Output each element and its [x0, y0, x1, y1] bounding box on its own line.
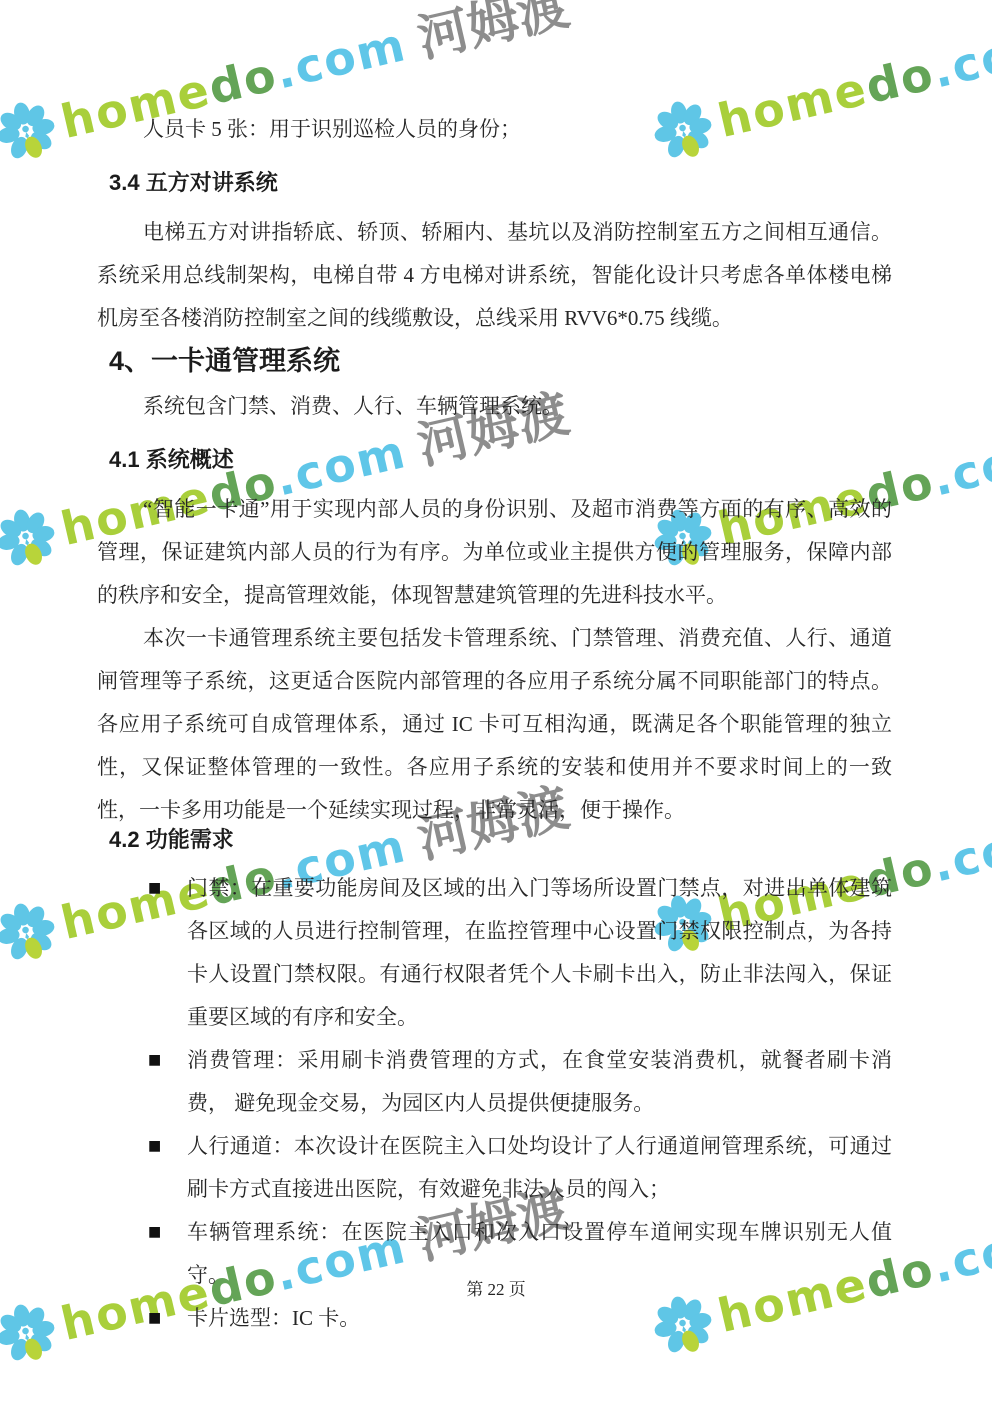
square-bullet-icon: ■	[148, 1297, 187, 1340]
document-page: homedo.com 河姆渡 homedo.com 河姆渡 homedo.com…	[0, 0, 992, 1403]
list-item: ■ 门禁：在重要功能房间及区域的出入门等场所设置门禁点，对进出单体建筑各区域的人…	[148, 867, 892, 1039]
watermark-do-text: do	[204, 47, 283, 115]
square-bullet-icon: ■	[148, 1125, 187, 1168]
bullet-text: 门禁：在重要功能房间及区域的出入门等场所设置门禁点，对进出单体建筑各区域的人员进…	[187, 867, 892, 1039]
list-item: ■ 卡片选型：IC 卡。	[148, 1297, 892, 1340]
homedo-flower-icon	[0, 895, 61, 968]
chapter-4-intro: 系统包含门禁、消费、人行、车辆管理系统。	[97, 385, 892, 428]
watermark-com-text: .com	[927, 810, 992, 892]
watermark-com-text: .com	[927, 424, 992, 506]
square-bullet-icon: ■	[148, 867, 187, 910]
homedo-flower-icon	[0, 94, 61, 167]
section-heading-4-1: 4.1 系统概述	[109, 444, 892, 476]
bullet-text: 消费管理：采用刷卡消费管理的方式，在食堂安装消费机，就餐者刷卡消费， 避免现金交…	[187, 1039, 892, 1125]
page-number: 第 22 页	[0, 1278, 992, 1302]
square-bullet-icon: ■	[148, 1039, 187, 1082]
section-heading-3-4: 3.4 五方对讲系统	[109, 167, 892, 199]
chapter-heading-4: 4、一卡通管理系统	[109, 342, 892, 380]
bullet-text: 人行通道：本次设计在医院主入口处均设计了人行通道闸管理系统，可通过刷卡方式直接进…	[187, 1125, 892, 1211]
homedo-flower-icon	[0, 1296, 61, 1369]
intro-line: 人员卡 5 张：用于识别巡检人员的身份；	[97, 108, 892, 151]
section-4-1-paragraph-1: “智能一卡通”用于实现内部人员的身份识别、及超市消费等方面的有序、高效的管理，保…	[97, 488, 892, 617]
section-3-4-paragraph: 电梯五方对讲指轿底、轿顶、轿厢内、基坑以及消防控制室五方之间相互通信。系统采用总…	[97, 211, 892, 340]
watermark-do-text: do	[861, 46, 940, 114]
watermark-com-text: .com	[270, 17, 411, 99]
square-bullet-icon: ■	[148, 1211, 187, 1254]
homedo-flower-icon	[0, 501, 61, 574]
watermark-com-text: .com	[927, 16, 992, 98]
document-content: 人员卡 5 张：用于识别巡检人员的身份； 3.4 五方对讲系统 电梯五方对讲指轿…	[97, 108, 892, 1340]
watermark-cn-text: 河姆渡	[413, 0, 574, 65]
bullet-text: 卡片选型：IC 卡。	[187, 1297, 892, 1340]
list-item: ■ 消费管理：采用刷卡消费管理的方式，在食堂安装消费机，就餐者刷卡消费， 避免现…	[148, 1039, 892, 1125]
section-4-1-paragraph-2: 本次一卡通管理系统主要包括发卡管理系统、门禁管理、消费充值、人行、通道闸管理等子…	[97, 617, 892, 832]
feature-bullet-list: ■ 门禁：在重要功能房间及区域的出入门等场所设置门禁点，对进出单体建筑各区域的人…	[97, 867, 892, 1340]
list-item: ■ 人行通道：本次设计在医院主入口处均设计了人行通道闸管理系统，可通过刷卡方式直…	[148, 1125, 892, 1211]
